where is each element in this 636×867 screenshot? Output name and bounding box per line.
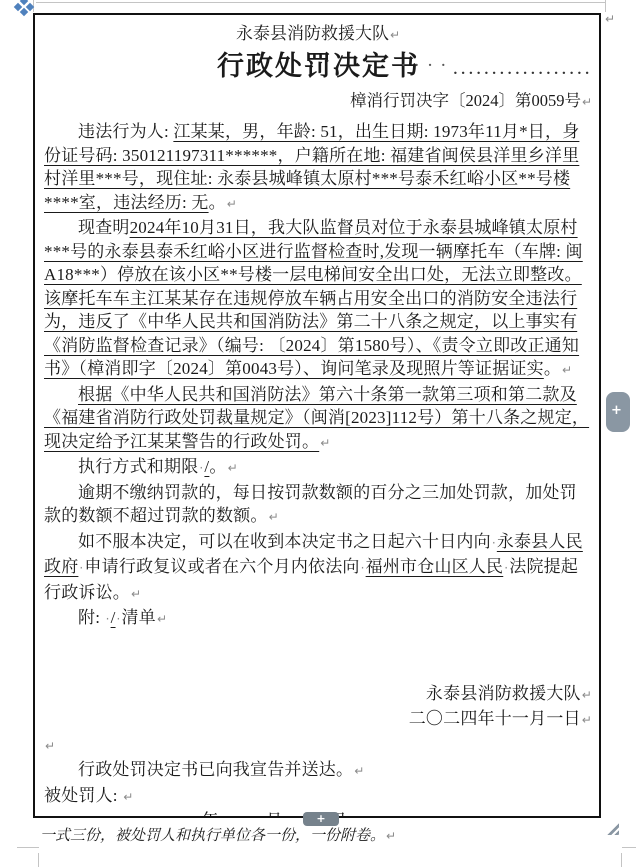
penalty-decision-document: 永泰县消防救援大队↵ 行政处罚决定书 ····.................… bbox=[33, 13, 601, 818]
issuing-org-header: 永泰县消防救援大队↵ bbox=[44, 22, 593, 47]
table-resize-handle-icon[interactable] bbox=[606, 822, 619, 835]
table-move-handle-icon[interactable] bbox=[16, 0, 33, 14]
paragraph-mark: ↵ bbox=[226, 197, 238, 211]
paragraph-mark: ↵ bbox=[319, 436, 331, 450]
page-margin-corner-bottom-right bbox=[621, 853, 622, 867]
paragraph-mark: ↵ bbox=[44, 739, 56, 753]
paragraph-served-statement: 行政处罚决定书已向我宣告并送达。↵ bbox=[44, 758, 593, 784]
paragraph-penalized-person: 被处罚人: ↵ bbox=[44, 784, 593, 810]
paragraph-mark: ↵ bbox=[604, 12, 616, 26]
paragraph-facts: 现查明2024年10月31日，我大队监督员对位于永泰县城峰镇太原村***号的永泰… bbox=[44, 216, 593, 383]
paragraph-legal-basis: 根据《中华人民共和国消防法》第六十条第一款第三项和第二款及《福建省消防行政处罚裁… bbox=[44, 383, 593, 456]
paragraph-violator-info: 违法行为人: 江某某，男，年龄: 51，出生日期: 1973年11月*日，身份证… bbox=[44, 120, 593, 216]
paragraph-mark: ↵ bbox=[268, 510, 280, 524]
signature-date: 二〇二四年十一月一日↵ bbox=[44, 707, 593, 733]
document-number: 樟消行罚决字〔2024〕第0059号↵ bbox=[44, 88, 593, 115]
paragraph-mark: ↵ bbox=[353, 764, 365, 778]
insert-handle-bottom[interactable]: + bbox=[303, 812, 339, 826]
paragraph-mark: ↵ bbox=[130, 587, 142, 601]
page-margin-tick-top-right bbox=[605, 0, 606, 12]
paragraph-mark: ↵ bbox=[122, 790, 134, 804]
paragraph-mark: ↵ bbox=[227, 461, 239, 475]
paragraph-attachment: 附: ·/·清单↵ bbox=[44, 606, 593, 632]
page-margin-corner-bottom-right bbox=[622, 847, 636, 848]
title-dot-leader: ····.................. bbox=[400, 47, 593, 89]
paragraph-mark: ↵ bbox=[156, 612, 168, 626]
paragraph-execution: 执行方式和期限·/。↵ bbox=[44, 455, 593, 481]
paragraph-late-penalty: 逾期不缴纳罚款的，每日按罚款数额的百分之三加处罚款，加处罚款的数额不超过罚款的数… bbox=[44, 481, 593, 530]
paragraph-mark: ↵ bbox=[581, 95, 593, 109]
document-title-line: 行政处罚决定书 ····.................. bbox=[44, 47, 593, 85]
paragraph-mark: ↵ bbox=[389, 28, 401, 42]
paragraph-mark: ↵ bbox=[581, 713, 593, 727]
signature-org: 永泰县消防救援大队↵ bbox=[44, 682, 593, 708]
empty-paragraph: ↵ bbox=[44, 733, 593, 759]
page-margin-line-top bbox=[36, 2, 606, 3]
page-margin-corner-bottom-left bbox=[38, 853, 39, 867]
paragraph-mark: ↵ bbox=[581, 688, 593, 702]
copies-footnote: 一式三份，被处罚人和执行单位各一份，一份附卷。↵ bbox=[40, 826, 397, 846]
paragraph-mark: ↵ bbox=[385, 829, 397, 843]
document-body: 违法行为人: 江某某，男，年龄: 51，出生日期: 1973年11月*日，身份证… bbox=[44, 120, 593, 818]
page-margin-corner-bottom-left bbox=[17, 847, 39, 848]
insert-handle-right[interactable]: + bbox=[606, 392, 630, 432]
document-title: 行政处罚决定书 bbox=[217, 51, 420, 81]
paragraph-mark: ↵ bbox=[347, 815, 359, 818]
paragraph-appeal-rights: 如不服本决定，可以在收到本决定书之日起六十日内向·永泰县人民政府·申请行政复议或… bbox=[44, 530, 593, 607]
paragraph-mark: ↵ bbox=[561, 363, 573, 377]
